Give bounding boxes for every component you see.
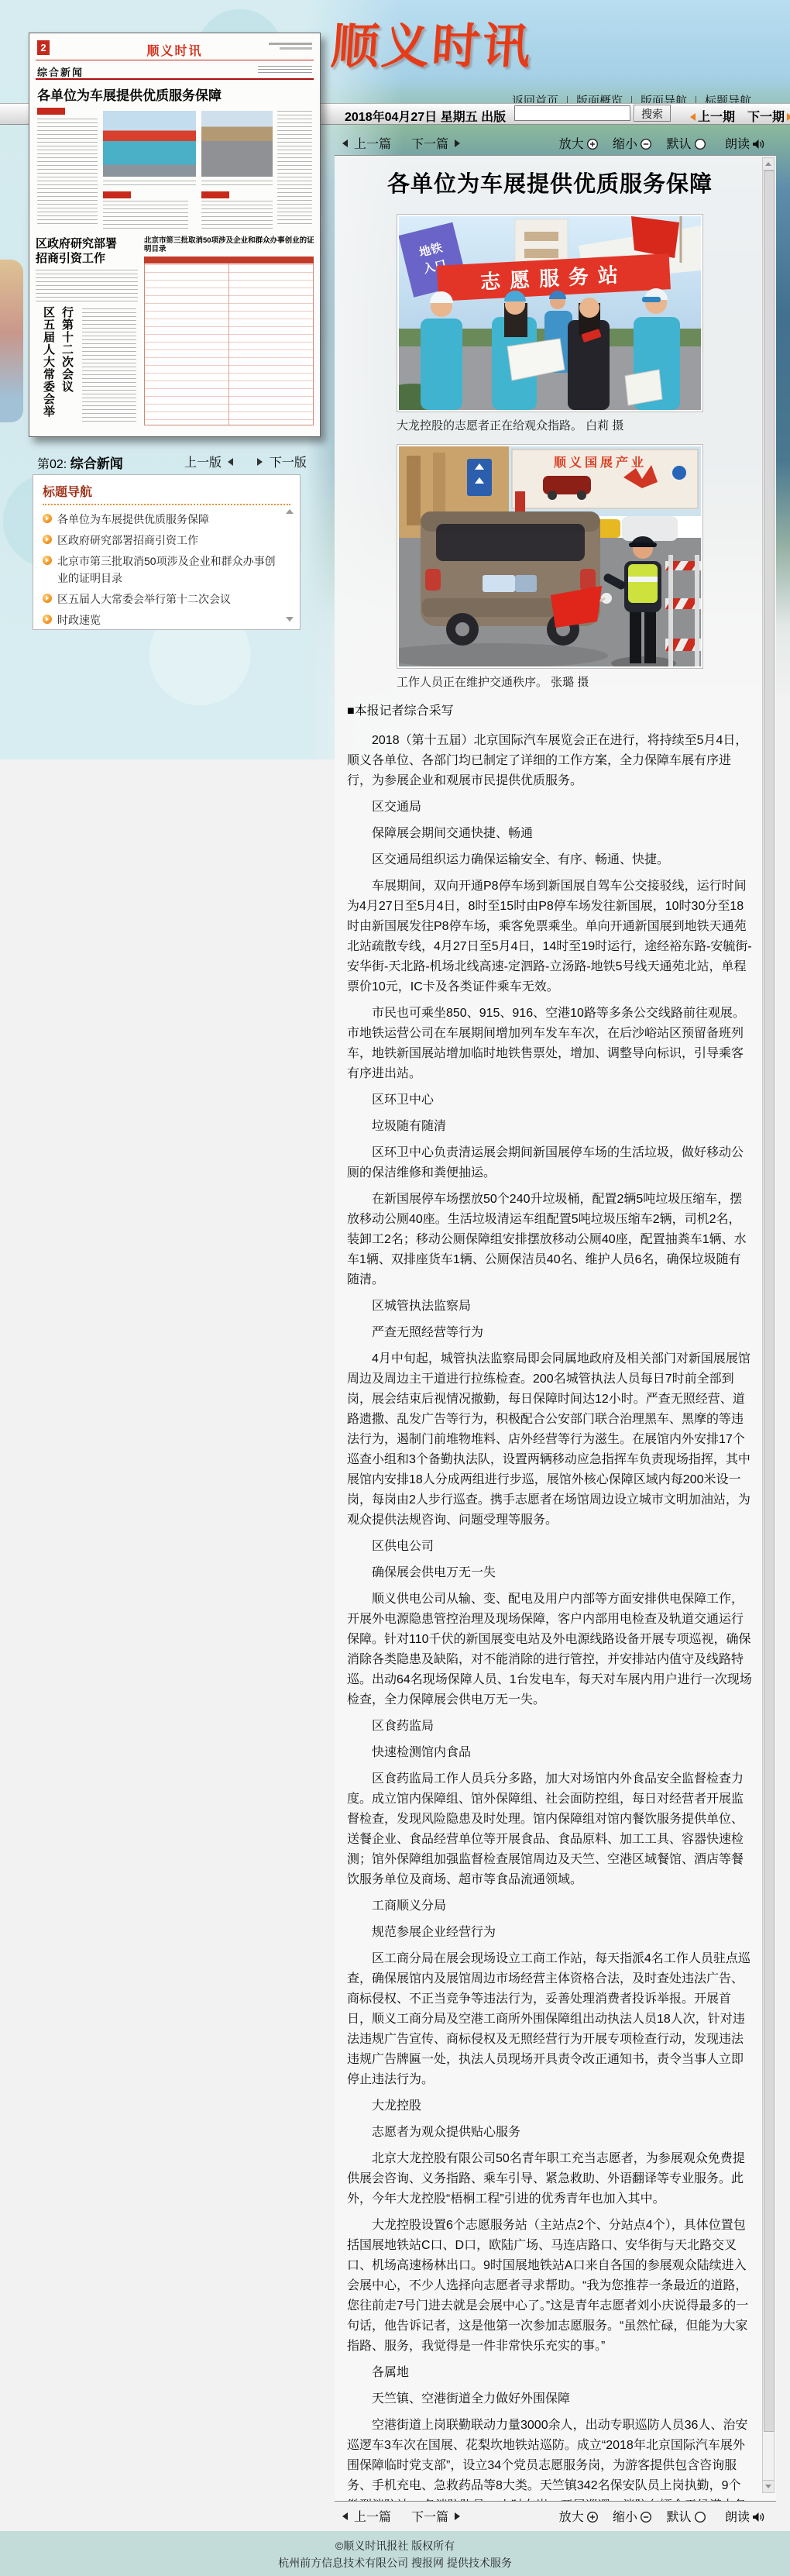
arrow-bullet-icon — [43, 594, 52, 603]
zoom-out-icon — [640, 2511, 652, 2523]
publish-date: 2018年04月27日 星期五 出版 — [345, 107, 506, 125]
title-navigation-heading: 标题导航 — [43, 482, 290, 500]
mini-red-tag — [103, 191, 131, 198]
scroll-up-icon — [765, 162, 771, 166]
next-issue-button[interactable]: 下一期 — [747, 111, 785, 124]
default-size-icon — [694, 138, 706, 150]
speaker-icon — [752, 138, 765, 150]
article-paragraph: 大龙控股 — [347, 2096, 753, 2116]
next-issue-icon — [787, 113, 790, 121]
scroll-down-icon — [765, 2485, 771, 2488]
mini-text-column — [82, 308, 136, 425]
article-paragraph: 志愿者为观众提供贴心服务 — [347, 2123, 753, 2143]
figure-caption: 工作人员正在维护交通秩序。 张璐 摄 — [397, 673, 703, 690]
zoom-in-icon — [586, 138, 599, 150]
sidebar-item[interactable]: 区政府研究部署招商引资工作 — [43, 532, 280, 549]
next-article-button[interactable]: 下一篇 — [411, 2511, 448, 2524]
zoom-in-button[interactable]: 放大 — [559, 2511, 599, 2524]
mini-text-column — [37, 119, 98, 227]
article-paragraph: 顺义供电公司从输、变、配电及用户内部等方面安排供电保障工作，开展外电源隐患管控治… — [347, 1589, 753, 1710]
newspaper-thumbnail[interactable]: 2 顺义时讯 综合新闻 各单位为车展提供优质服务保障 区政府研究部署 招商引资工… — [29, 33, 321, 437]
read-aloud-button[interactable]: 朗读 — [725, 2511, 765, 2524]
papercut-color-accent — [0, 260, 23, 422]
next-article-button[interactable]: 下一篇 — [411, 138, 448, 151]
arrow-bullet-icon — [43, 556, 52, 565]
zoom-out-button[interactable]: 缩小 — [613, 2511, 652, 2524]
tech-provider-line: 杭州前方信息技术有限公司 搜报网 提供技术服务 — [0, 2554, 790, 2571]
figure-caption: 大龙控股的志愿者正在给观众指路。 白莉 摄 — [397, 417, 703, 433]
article-paragraph: 工商顺义分局 — [347, 1896, 753, 1917]
prev-page-icon — [228, 458, 233, 466]
article-paragraph: 保障展会期间交通快捷、畅通 — [347, 824, 753, 844]
article-paragraph: 天竺镇、空港街道全力做好外围保障 — [347, 2389, 753, 2409]
article-paragraph: 规范参展企业经营行为 — [347, 1923, 753, 1943]
article-paragraph: 市民也可乘坐850、915、916、空港10路等多条公交线路前往观展。市地铁运营… — [347, 1004, 753, 1084]
scrollbar-thumb[interactable] — [764, 170, 775, 2432]
arrow-bullet-icon — [43, 535, 52, 544]
search-input[interactable] — [514, 105, 630, 121]
mini-red-tag — [201, 191, 229, 198]
page: 顺义时讯 返回首页版面概览版面导航标题导航 2018年04月27日 星期五 出版… — [0, 0, 790, 2576]
mini-headline: 各单位为车展提供优质服务保障 — [37, 84, 312, 104]
article-byline: ■本报记者综合采写 — [347, 701, 753, 718]
article-title: 各单位为车展提供优质服务保障 — [347, 167, 753, 198]
article-toolbar-top: 上一篇下一篇 放大 缩小 默认 朗读 — [335, 132, 776, 152]
mini-text-column — [36, 270, 138, 302]
sidebar-item-label: 区政府研究部署招商引资工作 — [57, 532, 198, 549]
article-paragraph: 各属地 — [347, 2363, 753, 2383]
article-paragraph: 区环卫中心负责清运展会期间新国展停车场的生活垃圾，做好移动公厕的保洁维修和粪便抽… — [347, 1143, 753, 1183]
prev-article-icon — [342, 2512, 348, 2520]
traffic-photo: 顺义国展产业 — [399, 446, 701, 666]
default-size-button[interactable]: 默认 — [667, 138, 706, 151]
search-button[interactable]: 搜索 — [634, 105, 671, 122]
article-paragraph: 区食药监局 — [347, 1717, 753, 1737]
article-paragraph: 区食药监局工作人员兵分多路，加大对场馆内外食品安全监督检查力度。成立馆内保障组、… — [347, 1769, 753, 1890]
mini-text-column — [277, 111, 312, 227]
sidebar-item-label: 区五届人大常委会举行第十二次会议 — [57, 591, 231, 608]
sidebar-item[interactable]: 北京市第三批取消50项涉及企业和群众办事创业的证明目录 — [43, 553, 280, 587]
prev-article-button[interactable]: 上一篇 — [354, 138, 391, 151]
zoom-out-button[interactable]: 缩小 — [613, 138, 652, 151]
prev-issue-button[interactable]: 上一期 — [698, 111, 735, 124]
page-nav: 上一版 下一版 — [184, 453, 307, 470]
mini-table-header — [144, 257, 314, 263]
article-paragraph: 4月中旬起，城管执法监察局即会同属地政府及相关部门对新国展展馆周边及周边主干道进… — [347, 1349, 753, 1531]
speaker-icon — [752, 2511, 765, 2523]
dotted-separator — [43, 504, 290, 505]
next-article-icon — [455, 139, 460, 147]
panel-divider-bottom — [335, 2501, 776, 2502]
mini-vertical-headline: 区五届人大常委会举行第十二次会议 — [39, 306, 76, 427]
arrow-bullet-icon — [43, 514, 52, 523]
article-paragraph: 区交通局组织运力确保运输安全、有序、畅通、快捷。 — [347, 850, 753, 870]
article-scrollbar[interactable] — [762, 157, 775, 2493]
default-size-icon — [694, 2511, 706, 2523]
article-body: 2018（第十五届）北京国际汽车展览会正在进行，将持续至5月4日，顺义各单位、各… — [347, 731, 753, 2501]
mini-dateline — [269, 43, 312, 45]
zoom-out-icon — [640, 138, 652, 150]
scrollbar-down-button[interactable] — [763, 2480, 774, 2492]
sidebar-item-label: 北京市第三批取消50项涉及企业和群众办事创业的证明目录 — [57, 553, 280, 587]
article-paragraph: 北京大龙控股有限公司50名青年职工充当志愿者，为参展观众免费提供展会咨询、义务指… — [347, 2149, 753, 2209]
article-paragraph: 确保展会供电万无一失 — [347, 1563, 753, 1583]
mini-dateline — [280, 47, 312, 50]
article-figure-volunteers: 地铁 入口 志愿服务站 — [397, 214, 703, 433]
zoom-in-icon — [586, 2511, 599, 2523]
mini-text-column — [103, 201, 188, 230]
volunteers-photo: 地铁 入口 志愿服务站 — [399, 216, 701, 410]
mini-text-lines — [258, 66, 312, 75]
zoom-in-button[interactable]: 放大 — [559, 138, 599, 151]
prev-article-button[interactable]: 上一篇 — [354, 2511, 391, 2524]
svg-text:顺义国展产业: 顺义国展产业 — [554, 455, 647, 470]
mini-section-header: 综合新闻 — [37, 64, 84, 79]
mini-table — [144, 257, 314, 425]
page-label: 第02: 综合新闻 — [37, 453, 123, 472]
article-paragraph: 在新国展停车场摆放50个240升垃圾桶，配置2辆5吨垃圾压缩车，摆放移动公厕40… — [347, 1190, 753, 1290]
mini-caption-line — [201, 181, 273, 187]
sidebar-item[interactable]: 区五届人大常委会举行第十二次会议 — [43, 591, 280, 608]
article-paragraph: 区供电公司 — [347, 1537, 753, 1557]
list-scroll-up-icon[interactable] — [286, 509, 294, 514]
sidebar-item[interactable]: 各单位为车展提供优质服务保障 — [43, 511, 280, 528]
article-figure-traffic: 顺义国展产业 — [397, 444, 703, 690]
arrow-bullet-icon — [43, 615, 52, 624]
site-logo: 顺义时讯 — [329, 8, 535, 77]
article-paragraph: 车展期间，双向开通P8停车场到新国展自驾车公交接驳线，运行时间为4月27日至5月… — [347, 876, 753, 997]
issue-nav: 上一期下一期 — [690, 107, 790, 125]
title-navigation-box: 标题导航 各单位为车展提供优质服务保障 区政府研究部署招商引资工作 北京市第三批… — [33, 474, 301, 630]
article-paragraph: 区工商分局在展会现场设立工商工作站，每天指派4名工作人员驻点巡查，确保展馆内及展… — [347, 1949, 753, 2090]
next-page-button[interactable]: 下一版 — [270, 456, 307, 470]
article-toolbar-bottom: 上一篇下一篇 放大 缩小 默认 朗读 — [335, 2505, 776, 2525]
article-paragraph: 区城管执法监察局 — [347, 1297, 753, 1317]
article-paragraph: 快速检测馆内食品 — [347, 1743, 753, 1763]
sidebar-item[interactable]: 时政速览 — [43, 611, 280, 629]
article-paragraph: 垃圾随有随清 — [347, 1117, 753, 1137]
prev-issue-icon — [690, 113, 696, 121]
sidebar-item-label: 时政速览 — [57, 611, 101, 629]
next-page-icon — [257, 458, 263, 466]
title-navigation-list: 各单位为车展提供优质服务保障 区政府研究部署招商引资工作 北京市第三批取消50项… — [33, 511, 300, 629]
article-paragraph: 空港街道上岗联勤联动力量3000余人，出动专职巡防人员36人、治安巡逻车3车次在… — [347, 2416, 753, 2501]
read-aloud-button[interactable]: 朗读 — [725, 138, 765, 151]
footer: ©顺义时讯报社 版权所有 杭州前方信息技术有限公司 搜报网 提供技术服务 — [0, 2531, 790, 2576]
list-scroll-down-icon[interactable] — [286, 617, 294, 622]
next-article-icon — [455, 2512, 460, 2520]
mini-subheadline: 区政府研究部署 招商引资工作 — [36, 236, 144, 251]
copyright-line: ©顺义时讯报社 版权所有 — [0, 2531, 790, 2554]
article-paragraph: 区环卫中心 — [347, 1090, 753, 1111]
article-paragraph: 大龙控股设置6个志愿服务站（主站点2个、分站点4个），具体位置包括国展地铁站C口… — [347, 2216, 753, 2357]
prev-page-button[interactable]: 上一版 — [184, 456, 222, 470]
article-paragraph: 2018（第十五届）北京国际汽车展览会正在进行，将持续至5月4日，顺义各单位、各… — [347, 731, 753, 791]
mini-caption-line — [103, 181, 196, 187]
mini-photo-traffic — [201, 111, 273, 177]
sidebar-item-label: 各单位为车展提供优质服务保障 — [57, 511, 209, 528]
mini-text-column — [201, 201, 273, 230]
article-paragraph: 严查无照经营等行为 — [347, 1323, 753, 1343]
default-size-button[interactable]: 默认 — [667, 2511, 706, 2524]
mini-photo-volunteers — [103, 111, 196, 177]
prev-article-icon — [342, 139, 348, 147]
article-panel: 各单位为车展提供优质服务保障 地铁 入 — [335, 156, 776, 2501]
article-paragraph: 区交通局 — [347, 797, 753, 818]
mini-red-tag — [37, 108, 65, 115]
scrollbar-up-button[interactable] — [763, 158, 774, 170]
